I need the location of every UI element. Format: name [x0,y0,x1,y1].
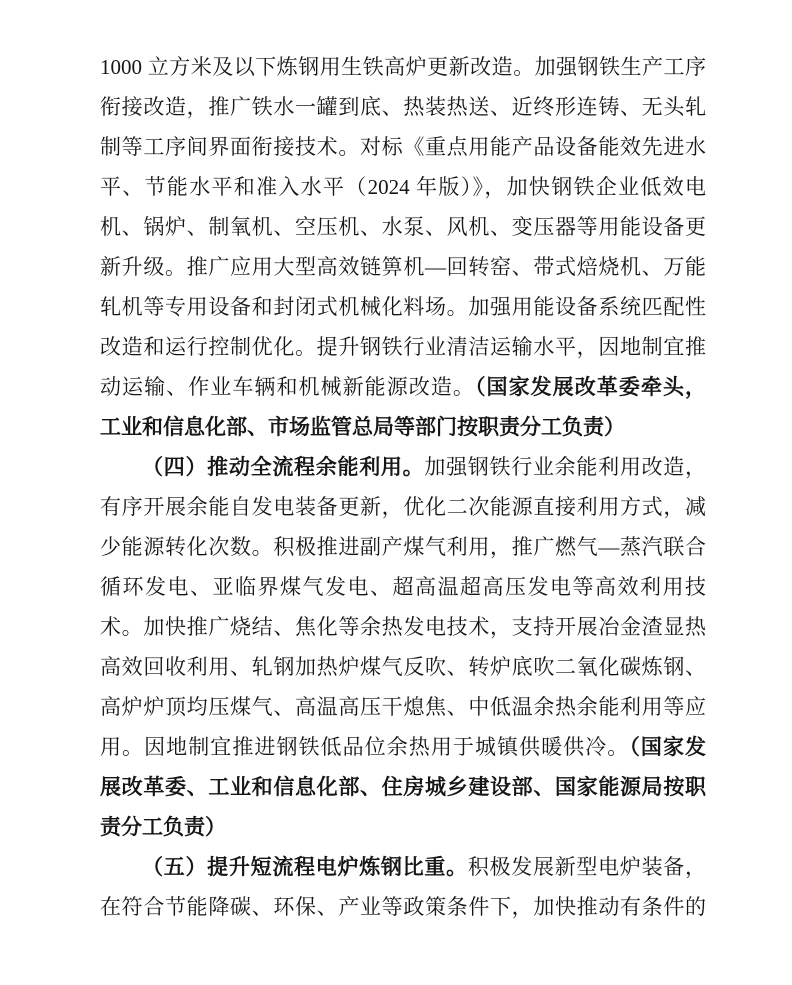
text-line: 有序开展余能自发电装备更新，优化二次能源直接利用方式，减 [100,487,706,527]
text-segment: 动运输、作业车辆和机械新能源改造。 [100,375,475,399]
text-segment: 衔接改造，推广铁水一罐到底、热装热送、近终形连铸、无头轧 [100,95,706,119]
text-segment: 轧机等专用设备和封闭式机械化料场。加强用能设备系统匹配性 [100,295,706,319]
text-segment: 在符合节能降碳、环保、产业等政策条件下，加快推动有条件的 [100,895,706,919]
document-body: 1000 立方米及以下炼钢用生铁高炉更新改造。加强钢铁生产工序衔接改造，推广铁水… [100,47,706,927]
text-line: 责分工负责） [100,807,706,847]
text-line: 用。因地制宜推进钢铁低品位余热用于城镇供暖供冷。（国家发 [100,727,706,767]
text-line: （四）推动全流程余能利用。加强钢铁行业余能利用改造， [100,447,706,487]
bold-text-segment: 展改革委、工业和信息化部、住房城乡建设部、国家能源局按职 [100,775,706,799]
text-line: 循环发电、亚临界煤气发电、超高温超高压发电等高效利用技 [100,567,706,607]
bold-text-segment: （国家发 [629,735,706,759]
text-segment: 机、锅炉、制氧机、空压机、水泵、风机、变压器等用能设备更 [100,215,706,239]
text-line: 在符合节能降碳、环保、产业等政策条件下，加快推动有条件的 [100,887,706,927]
text-segment: 有序开展余能自发电装备更新，优化二次能源直接利用方式，减 [100,495,706,519]
document-page: 1000 立方米及以下炼钢用生铁高炉更新改造。加强钢铁生产工序衔接改造，推广铁水… [0,0,792,985]
text-segment: 新升级。推广应用大型高效链箅机—回转窑、带式焙烧机、万能 [100,255,706,279]
text-segment: 高效回收利用、轧钢加热炉煤气反吹、转炉底吹二氧化碳炼钢、 [100,655,706,679]
text-segment: 制等工序间界面衔接技术。对标《重点用能产品设备能效先进水 [100,135,706,159]
bold-text-segment: 工业和信息化部、市场监管总局等部门按职责分工负责） [100,415,625,439]
text-segment: 改造和运行控制优化。提升钢铁行业清洁运输水平，因地制宜推 [100,335,706,359]
text-line: 展改革委、工业和信息化部、住房城乡建设部、国家能源局按职 [100,767,706,807]
text-segment: 积极发展新型电炉装备， [468,855,706,879]
text-line: （五）提升短流程电炉炼钢比重。积极发展新型电炉装备， [100,847,706,887]
text-line: 平、节能水平和准入水平（2024 年版）》，加快钢铁企业低效电 [100,167,706,207]
bold-text-segment: （五）提升短流程电炉炼钢比重。 [142,855,468,879]
bold-text-segment: 责分工负责） [100,815,226,839]
text-segment: 循环发电、亚临界煤气发电、超高温超高压发电等高效利用技 [100,575,706,599]
text-segment: 平、节能水平和准入水平（2024 年版）》，加快钢铁企业低效电 [100,175,706,199]
text-segment: 少能源转化次数。积极推进副产煤气利用，推广燃气—蒸汽联合 [100,535,706,559]
text-line: 制等工序间界面衔接技术。对标《重点用能产品设备能效先进水 [100,127,706,167]
text-line: 术。加快推广烧结、焦化等余热发电技术，支持开展冶金渣显热 [100,607,706,647]
text-line: 机、锅炉、制氧机、空压机、水泵、风机、变压器等用能设备更 [100,207,706,247]
text-segment: 术。加快推广烧结、焦化等余热发电技术，支持开展冶金渣显热 [100,615,706,639]
text-line: 改造和运行控制优化。提升钢铁行业清洁运输水平，因地制宜推 [100,327,706,367]
bold-text-segment: （四）推动全流程余能利用。 [142,455,424,479]
text-line: 高效回收利用、轧钢加热炉煤气反吹、转炉底吹二氧化碳炼钢、 [100,647,706,687]
bold-text-segment: （国家发展改革委牵头， [475,375,706,399]
text-line: 少能源转化次数。积极推进副产煤气利用，推广燃气—蒸汽联合 [100,527,706,567]
text-segment: 1000 立方米及以下炼钢用生铁高炉更新改造。加强钢铁生产工序 [100,55,706,79]
text-line: 轧机等专用设备和封闭式机械化料场。加强用能设备系统匹配性 [100,287,706,327]
text-line: 动运输、作业车辆和机械新能源改造。（国家发展改革委牵头， [100,367,706,407]
text-segment: 高炉炉顶均压煤气、高温高压干熄焦、中低温余热余能利用等应 [100,695,706,719]
text-segment: 加强钢铁行业余能利用改造， [424,455,706,479]
text-line: 1000 立方米及以下炼钢用生铁高炉更新改造。加强钢铁生产工序 [100,47,706,87]
text-segment: 用。因地制宜推进钢铁低品位余热用于城镇供暖供冷。 [100,735,629,759]
text-line: 衔接改造，推广铁水一罐到底、热装热送、近终形连铸、无头轧 [100,87,706,127]
text-line: 新升级。推广应用大型高效链箅机—回转窑、带式焙烧机、万能 [100,247,706,287]
text-line: 工业和信息化部、市场监管总局等部门按职责分工负责） [100,407,706,447]
text-line: 高炉炉顶均压煤气、高温高压干熄焦、中低温余热余能利用等应 [100,687,706,727]
